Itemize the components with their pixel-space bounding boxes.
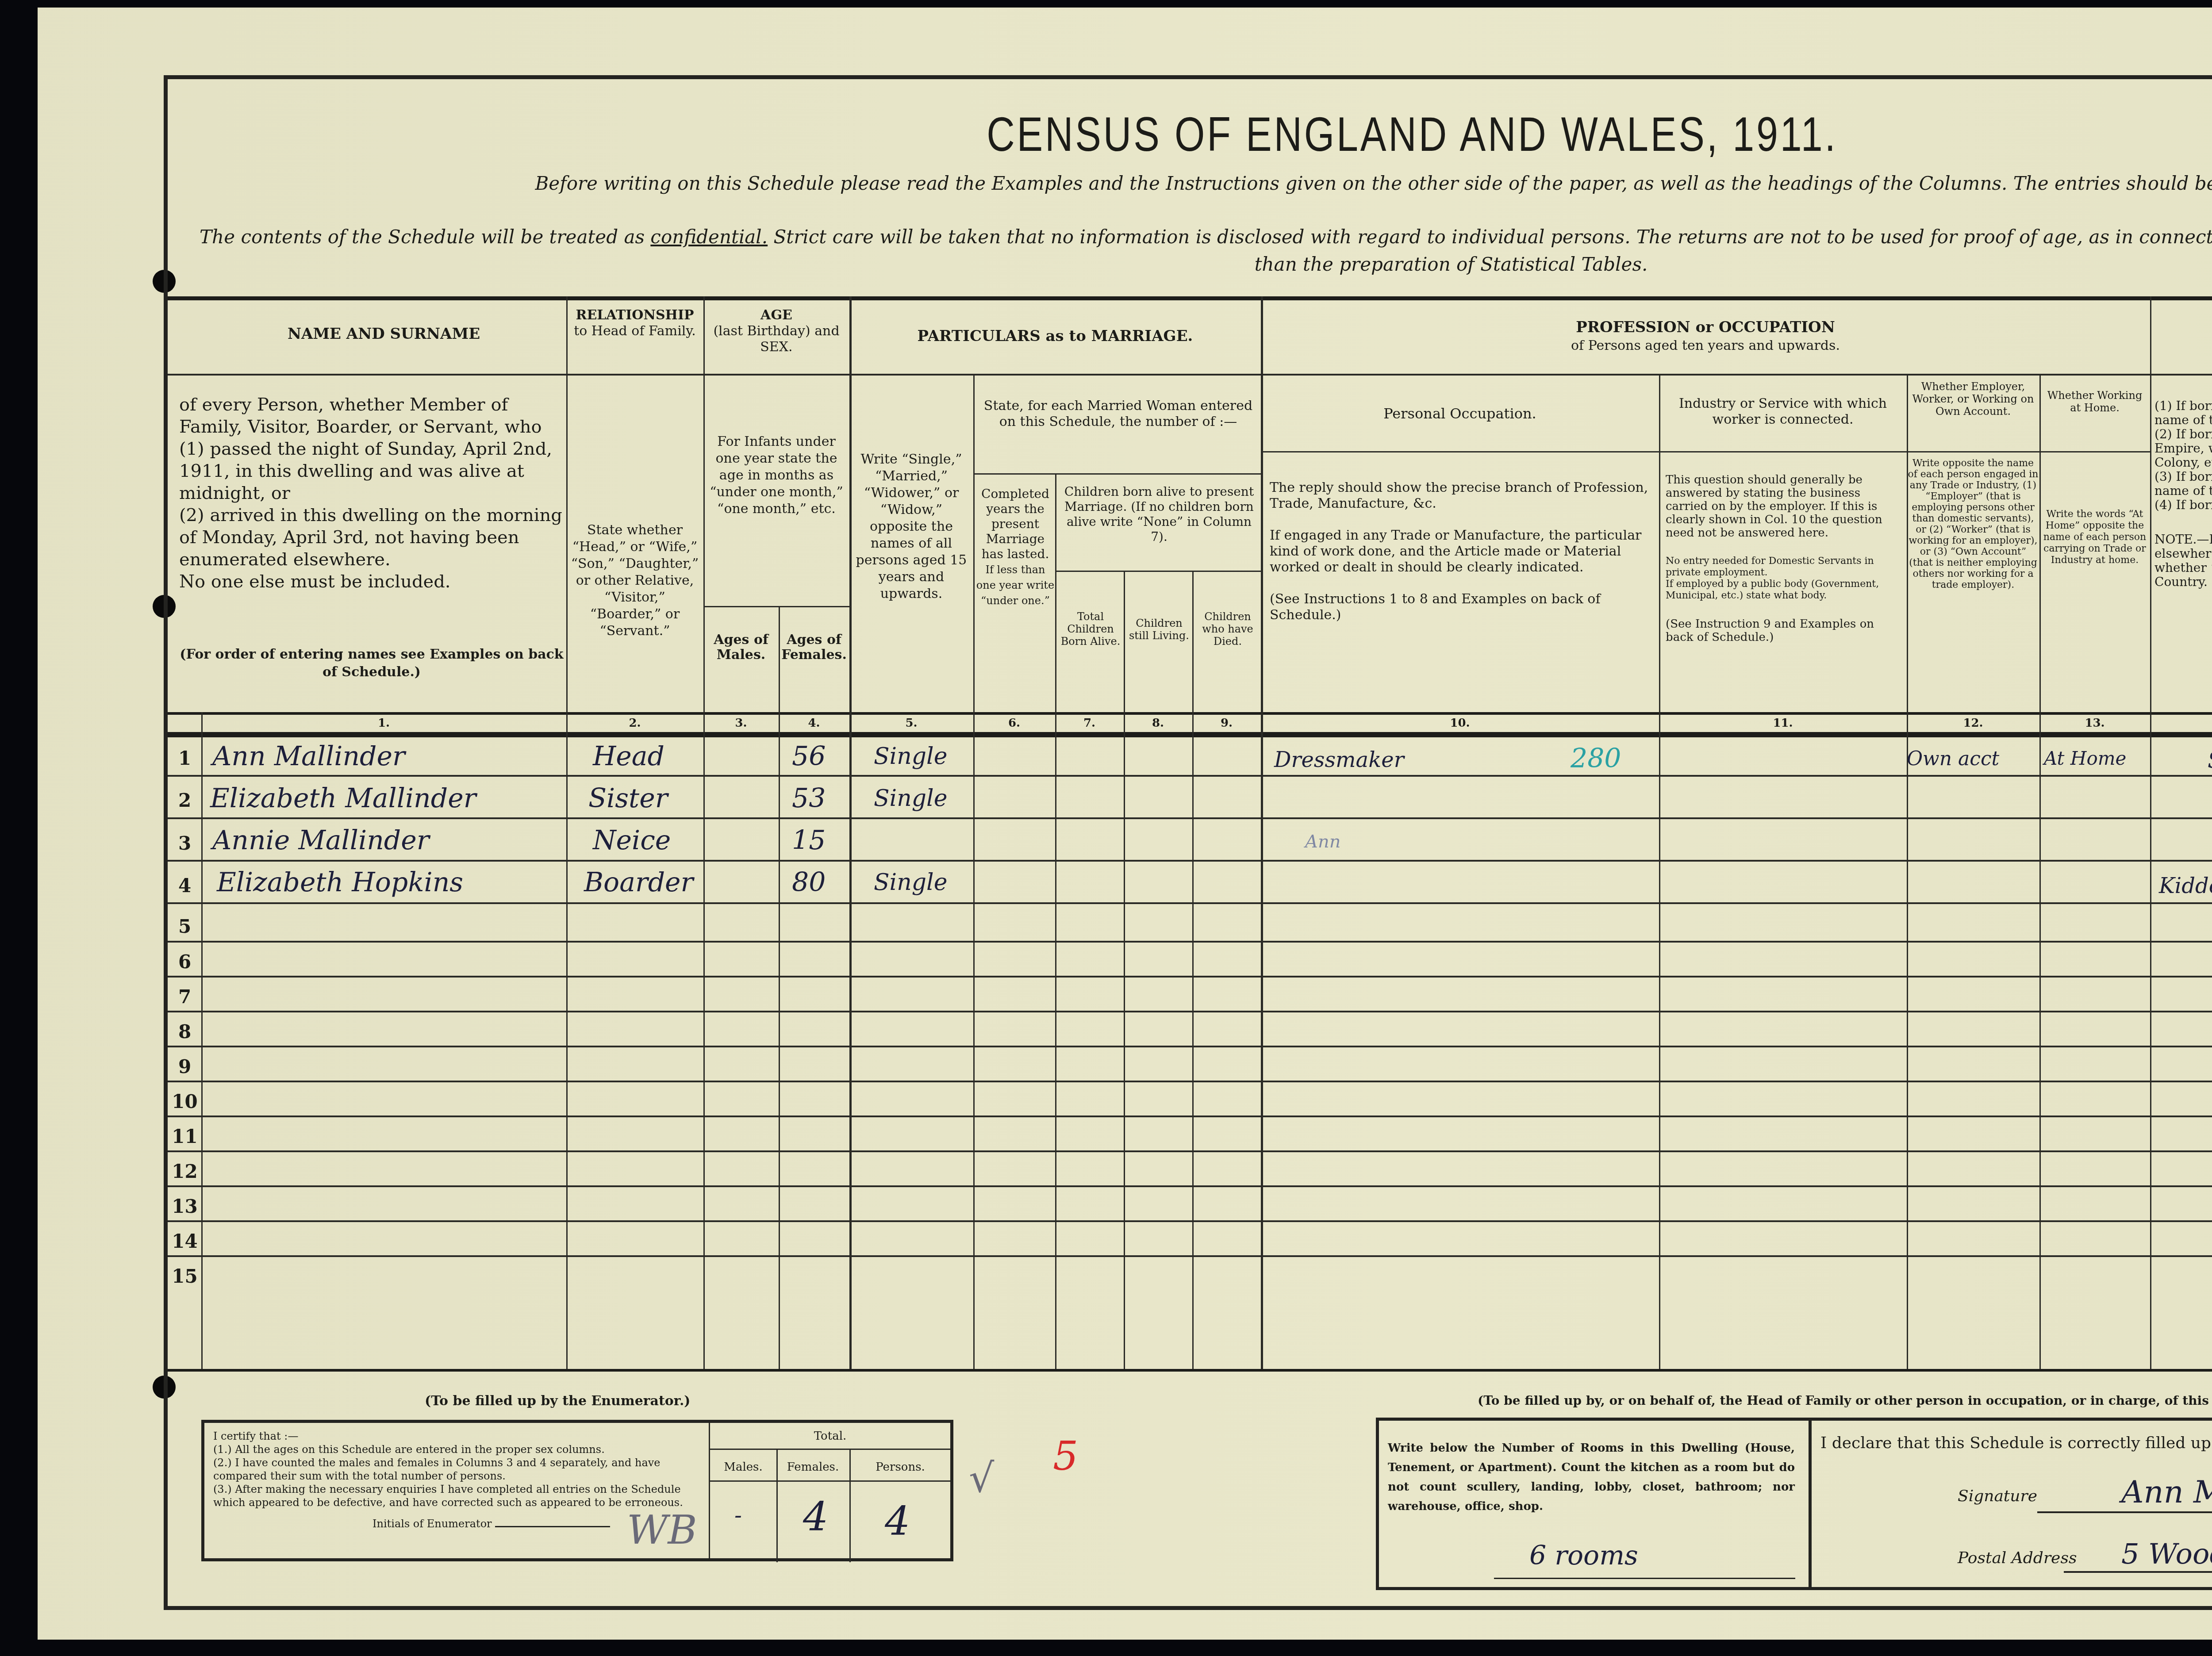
col-employment-instructions: Write opposite the name of each person e… <box>1908 458 2039 590</box>
row-number: 10 <box>168 1091 201 1112</box>
col-relationship-instructions: State whether “Head,” or “Wife,” “Son,” … <box>568 522 701 640</box>
total-females[interactable]: 4 <box>803 1494 828 1540</box>
marital-status[interactable]: Single <box>874 869 947 896</box>
col-industry-title: Industry or Service with which worker is… <box>1661 396 1905 428</box>
red-annotation: 5 <box>1053 1433 1078 1480</box>
col-name-instructions: of every Person, whether Member of Famil… <box>179 394 564 593</box>
occupation-annotation: Ann <box>1305 832 1340 852</box>
row-number: 7 <box>168 986 201 1008</box>
row-number: 13 <box>168 1196 201 1217</box>
row-number: 12 <box>168 1161 201 1182</box>
col-children-living: Children still Living. <box>1126 617 1192 642</box>
row-number: 8 <box>168 1021 201 1043</box>
document-title: CENSUS OF ENGLAND AND WALES, 1911. <box>282 106 2212 162</box>
person-name[interactable]: Annie Mallinder <box>212 825 429 856</box>
age-female[interactable]: 80 <box>792 867 826 898</box>
age-female[interactable]: 53 <box>792 783 826 814</box>
col-employment-title: Whether Employer, Worker, or Working on … <box>1908 380 2039 418</box>
col-age-title: AGE(last Birthday) and SEX. <box>703 307 849 355</box>
person-name[interactable]: Ann Mallinder <box>212 741 405 772</box>
col-marriage-years: Completed years the present Marriage has… <box>975 487 1055 608</box>
age-female[interactable]: 56 <box>792 741 826 772</box>
row-number: 9 <box>168 1056 201 1077</box>
col-at-home-instructions: Write the words “At Home” opposite the n… <box>2042 509 2148 566</box>
row-number: 15 <box>168 1265 201 1287</box>
col-birthplace-instructions: (1) If born in the United Kingdom, write… <box>2154 385 2212 603</box>
row-number: 3 <box>168 832 201 854</box>
row-number: 2 <box>168 790 201 811</box>
col-ages-males-label: Ages of Males. <box>706 632 776 663</box>
row-number: 5 <box>168 916 201 937</box>
row-number: 14 <box>168 1230 201 1252</box>
row-number: 11 <box>168 1126 201 1147</box>
total-males[interactable]: - <box>734 1503 742 1528</box>
signature-label: Signature <box>1958 1487 2037 1505</box>
row-number: 1 <box>168 747 201 769</box>
col-at-home-title: Whether Working at Home. <box>2042 389 2148 414</box>
relationship[interactable]: Sister <box>588 783 668 814</box>
col-married-woman-instructions: State, for each Married Woman entered on… <box>975 398 1261 430</box>
total-persons[interactable]: 4 <box>885 1498 910 1545</box>
rooms-box: Write below the Number of Rooms in this … <box>1376 1418 1812 1590</box>
col-industry-instructions: This question should generally be answer… <box>1666 460 1902 657</box>
relationship[interactable]: Boarder <box>584 867 693 898</box>
initials-label: Initials of Enumerator <box>373 1518 492 1530</box>
col-occupation-title: PROFESSION or OCCUPATIONof Persons aged … <box>1261 318 2150 355</box>
head-of-family-section-label: (To be filled up by, or on behalf of, th… <box>1478 1393 2212 1408</box>
occupation[interactable]: Dressmaker <box>1274 747 1404 772</box>
schedule-frame <box>164 75 2212 1610</box>
birthplace[interactable]: Kidderminster <box>2159 874 2212 898</box>
relationship[interactable]: Neice <box>593 825 671 856</box>
col-name-note: (For order of entering names see Example… <box>177 646 566 681</box>
marital-status[interactable]: Single <box>874 743 947 770</box>
confidentiality-notice: The contents of the Schedule will be tre… <box>186 223 2212 278</box>
declaration-text: I declare that this Schedule is correctl… <box>1820 1434 2212 1452</box>
enumerator-certificate: I certify that :— (1.) All the ages on t… <box>201 1420 953 1561</box>
postal-address[interactable]: 5 Woodland View Hathersage <box>2121 1538 2212 1571</box>
col-occupation-instructions: The reply should show the precise branch… <box>1270 480 1650 623</box>
enumerator-initials[interactable]: WB <box>627 1507 697 1553</box>
age-female[interactable]: 15 <box>792 825 826 856</box>
col-marital-instructions: Write “Single,” “Married,” “Widower,” or… <box>852 451 971 602</box>
row-number: 6 <box>168 951 201 973</box>
birthplace[interactable]: Sheffield Yorkshire <box>2208 747 2212 773</box>
employment-status[interactable]: Own acct <box>1907 747 1999 770</box>
rooms-count[interactable]: 6 rooms <box>1529 1540 1638 1571</box>
col-children-died: Children who have Died. <box>1194 610 1261 648</box>
col-name-title: NAME AND SURNAME <box>201 325 566 343</box>
col-marriage-title: PARTICULARS as to MARRIAGE. <box>849 327 1261 345</box>
marital-status[interactable]: Single <box>874 785 947 812</box>
person-name[interactable]: Elizabeth Hopkins <box>217 867 463 898</box>
col-ages-females-label: Ages of Females. <box>781 632 847 663</box>
col-birthplace-title: BIRTHPLACEof every person. <box>2150 318 2212 355</box>
relationship[interactable]: Head <box>593 741 664 772</box>
person-name[interactable]: Elizabeth Mallinder <box>210 783 476 814</box>
check-mark: √ <box>969 1455 994 1502</box>
rooms-instruction: Write below the Number of Rooms in this … <box>1388 1438 1795 1516</box>
occupation-code: 280 <box>1571 743 1621 774</box>
col-children-born-alive: Total Children Born Alive. <box>1057 610 1124 648</box>
declaration-box: I declare that this Schedule is correctl… <box>1812 1418 2212 1590</box>
instruction-line: Before writing on this Schedule please r… <box>186 172 2212 194</box>
col-age-instructions: For Infants under one year state the age… <box>706 433 847 517</box>
row-number: 4 <box>168 875 201 897</box>
postal-address-label: Postal Address <box>1958 1549 2077 1567</box>
working-at-home[interactable]: At Home <box>2044 747 2126 769</box>
totals-grid: Total. Males. Females. Persons. - 4 4 <box>709 1423 950 1558</box>
col-personal-occupation-title: Personal Occupation. <box>1265 405 1655 422</box>
signature[interactable]: Ann Mallinder <box>2121 1474 2212 1510</box>
col-relationship-title: RELATIONSHIPto Head of Family. <box>566 307 703 339</box>
enumerator-section-label: (To be filled up by the Enumerator.) <box>425 1393 691 1409</box>
col-children-header: Children born alive to present Marriage.… <box>1057 484 1261 544</box>
